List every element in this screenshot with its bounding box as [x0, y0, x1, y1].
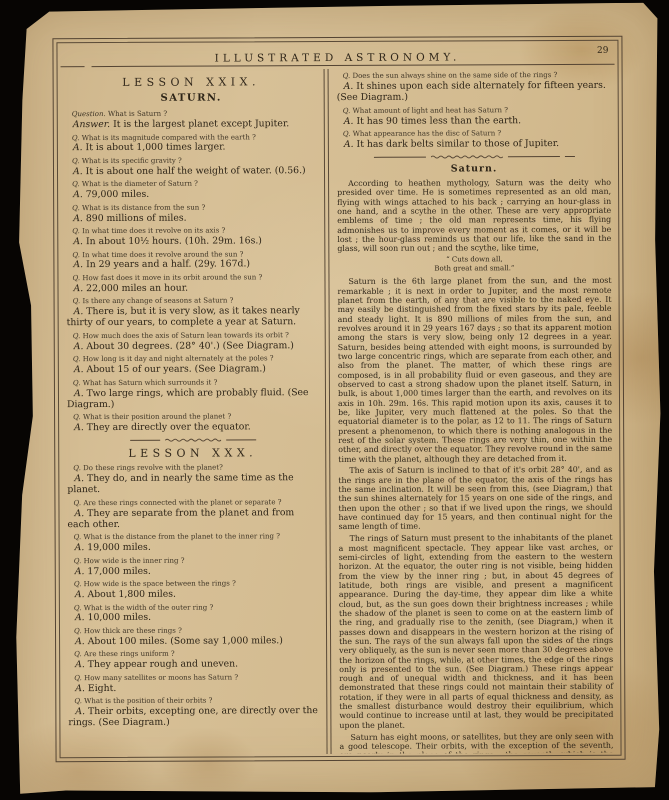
answer-text: They are separate from the planet and fr… [68, 507, 295, 530]
answer-label: A. [74, 364, 84, 375]
question-text: How many satellites or moons has Saturn … [84, 673, 238, 682]
question-text: What amount of light and heat has Saturn… [353, 106, 508, 115]
question-text: What is Saturn ? [108, 110, 167, 118]
qa-pair: Q. What amount of light and heat has Sat… [337, 106, 611, 127]
question-text: Does the sun always shine on the same si… [352, 71, 557, 80]
answer-text: It shines upon each side alternately for… [337, 80, 606, 103]
question-label: Q. [73, 379, 81, 387]
divider-line [507, 156, 559, 157]
question-text: Do these rings revolve with the planet? [83, 464, 223, 473]
essay-paragraph-2: Saturn is the 6th large planet from the … [337, 276, 612, 464]
question-label: Q. [72, 274, 80, 282]
lesson-29-subtitle: SATURN. [66, 92, 317, 104]
qa-pair: Q. What is the width of the outer ring ?… [68, 603, 319, 624]
answer-label: A. [73, 213, 83, 224]
question-label: Q. [73, 499, 81, 507]
answer-text: In about 10½ hours. (10h. 29m. 16s.) [86, 235, 262, 247]
qa-pair: Q. How long is it day and night alternat… [67, 354, 318, 375]
answer-label: A. [73, 236, 83, 247]
answer-line: Answer. It is the largest planet except … [66, 118, 317, 130]
answer-label: A. [75, 706, 85, 717]
qa-pair: Q. Are these rings uniform ? A. They app… [68, 650, 319, 671]
qa-pair: Q. What is the position of their orbits … [68, 696, 319, 728]
qa-pair: Q. Does the sun always shine on the same… [337, 71, 611, 103]
answer-line: A. About 30 degrees. (28° 40'.) (See Dia… [67, 340, 318, 352]
qa-pair: Q. How wide is the space between the rin… [68, 579, 319, 600]
answer-label: A. [74, 306, 84, 317]
page-number: 29 [597, 46, 608, 56]
answer-line: A. About 1,800 miles. [68, 588, 319, 600]
answer-line: A. It is about 1,000 times larger. [66, 141, 317, 153]
right-qa-list: Q. Does the sun always shine on the same… [337, 71, 611, 150]
divider-dash [564, 156, 574, 157]
answer-text: About 15 of our years. (See Diagram.) [86, 363, 265, 375]
question-label: Q. [72, 157, 80, 165]
answer-text: It is about one half the weight of water… [86, 165, 306, 177]
answer-text: Their orbits, excepting one, are directl… [68, 705, 318, 728]
header-rule [58, 64, 618, 68]
qa-pair: Q. How much does the axis of Saturn lean… [67, 331, 318, 352]
answer-line: A. It shines upon each side alternately … [337, 80, 611, 104]
question-label: Question. [72, 110, 106, 118]
question-label: Q. [73, 332, 81, 340]
question-text: How thick are these rings ? [84, 627, 182, 635]
answer-text: It has 90 times less than the earth. [356, 115, 521, 127]
question-label: Q. [74, 627, 82, 635]
question-label: Q. [73, 298, 81, 306]
question-text: In what time does it revolve on its axis… [82, 227, 225, 236]
qa-pair: Q. In what time does it revolve around t… [66, 250, 317, 271]
answer-line: A. They are directly over the equator. [67, 421, 318, 433]
qa-pair: Q. What is its specific gravity ? A. It … [66, 156, 317, 177]
question-label: Q. [74, 604, 82, 612]
answer-label: A. [75, 566, 85, 577]
answer-line: A. In 29 years and a half. (29y. 167d.) [66, 258, 317, 270]
answer-text: It is about 1,000 times larger. [86, 142, 226, 154]
two-column-layout: LESSON XXIX. SATURN. Question. What is S… [58, 68, 621, 755]
question-label: Q. [73, 356, 81, 364]
answer-line: A. About 15 of our years. (See Diagram.) [67, 363, 318, 375]
question-text: What appearance has the disc of Saturn ? [353, 129, 502, 138]
qa-pair: Q. Are these rings connected with the pl… [67, 498, 318, 530]
answer-text: 17,000 miles. [87, 565, 151, 576]
answer-text: It is the largest planet except Jupiter. [113, 118, 289, 130]
divider-line [373, 157, 425, 158]
page-border-inner: ILLUSTRATED ASTRONOMY. 29 LESSON XXIX. S… [56, 40, 621, 758]
lesson-29-qa-list: Question. What is Saturn ? Answer. It is… [66, 109, 318, 433]
divider-line [226, 440, 256, 441]
answer-label: A. [74, 422, 84, 433]
question-label: Q. [72, 251, 80, 259]
answer-text: 890 millions of miles. [86, 212, 187, 223]
answer-text: In 29 years and a half. (29y. 167d.) [86, 259, 250, 271]
question-label: Q. [343, 72, 351, 80]
question-text: How wide is the inner ring ? [84, 556, 185, 564]
question-label: Q. [74, 651, 82, 659]
qa-pair: Q. What appearance has the disc of Satur… [337, 129, 611, 150]
qa-pair: Q. What is their position around the pla… [67, 412, 318, 433]
question-text: How much does the axis of Saturn lean to… [83, 331, 289, 340]
answer-text: 19,000 miles. [87, 542, 151, 553]
essay-title: Saturn. [337, 163, 611, 175]
answer-text: Two large rings, which are probably flui… [67, 387, 309, 410]
qa-pair: Question. What is Saturn ? Answer. It is… [66, 109, 317, 130]
answer-line: A. 17,000 miles. [68, 565, 319, 577]
question-text: What has Saturn which surrounds it ? [83, 378, 218, 387]
verse-quote: “ Cuts down all, Both great and small.” [337, 255, 611, 274]
answer-label: Answer. [73, 119, 110, 130]
qa-pair: Q. In what time does it revolve on its a… [66, 226, 317, 247]
question-text: What is the diameter of Saturn ? [82, 180, 198, 189]
answer-label: A. [75, 683, 85, 694]
answer-line: A. They are separate from the planet and… [67, 507, 318, 530]
answer-label: A. [74, 508, 84, 519]
qa-pair: Q. How thick are these rings ? A. About … [68, 626, 319, 647]
section-divider [67, 437, 318, 443]
answer-text: 10,000 miles. [88, 612, 152, 623]
question-text: What is its specific gravity ? [82, 157, 182, 165]
question-text: Are these rings uniform ? [84, 650, 175, 658]
question-text: In what time does it revolve around the … [82, 250, 243, 259]
answer-text: They do, and in nearly the same time as … [67, 472, 293, 495]
book-page: ILLUSTRATED ASTRONOMY. 29 LESSON XXIX. S… [10, 3, 662, 796]
answer-line: A. It has 90 times less than the earth. [337, 114, 611, 126]
page-border: ILLUSTRATED ASTRONOMY. 29 LESSON XXIX. S… [52, 36, 625, 762]
answer-label: A. [344, 139, 354, 150]
answer-line: A. Their orbits, excepting one, are dire… [68, 705, 319, 728]
answer-text: 22,000 miles an hour. [86, 282, 188, 293]
answer-text: They are directly over the equator. [87, 421, 251, 433]
question-text: How fast does it move in its orbit aroun… [82, 273, 262, 282]
answer-line: A. 890 millions of miles. [66, 212, 317, 224]
question-label: Q. [73, 413, 81, 421]
question-label: Q. [74, 557, 82, 565]
answer-line: A. It has dark belts similar to those of… [337, 138, 611, 150]
qa-pair: Q. Is there any change of seasons at Sat… [67, 297, 318, 329]
essay-paragraph-4: The rings of Saturn must present to the … [339, 533, 614, 730]
question-text: What is the position of their orbits ? [84, 697, 212, 706]
answer-text: There is, but it is very slow, as it tak… [67, 305, 300, 328]
answer-label: A. [73, 142, 83, 153]
question-text: What is their position around the planet… [83, 413, 231, 422]
answer-label: A. [75, 612, 85, 623]
essay-paragraph-3: The axis of Saturn is inclined to that o… [338, 465, 612, 531]
answer-line: A. Eight. [68, 682, 319, 694]
answer-label: A. [75, 542, 85, 553]
answer-label: A. [73, 259, 83, 270]
answer-label: A. [75, 589, 85, 600]
qa-pair: Q. What is the diameter of Saturn ? A. 7… [66, 179, 317, 200]
question-text: What is its distance from the sun ? [82, 203, 205, 212]
answer-line: A. About 100 miles. (Some say 1,000 mile… [68, 635, 319, 647]
answer-label: A. [74, 473, 84, 484]
answer-line: A. 79,000 miles. [66, 188, 317, 200]
header-rule-line [92, 64, 615, 67]
answer-label: A. [344, 115, 354, 126]
question-text: How wide is the space between the rings … [84, 580, 236, 589]
question-label: Q. [74, 674, 82, 682]
verse-quote-line-2: Both great and small.” [337, 264, 611, 274]
question-text: How long is it day and night alternately… [83, 355, 274, 364]
qa-pair: Q. How fast does it move in its orbit ar… [66, 273, 317, 294]
question-text: Are these rings connected with the plane… [83, 498, 281, 507]
answer-line: A. In about 10½ hours. (10h. 29m. 16s.) [66, 235, 317, 247]
answer-text: Eight. [88, 683, 116, 694]
answer-line: A. There is, but it is very slow, as it … [67, 305, 318, 328]
answer-line: A. 19,000 miles. [68, 541, 319, 553]
lesson-29-title: LESSON XXIX. [66, 75, 317, 89]
answer-label: A. [74, 388, 84, 399]
answer-line: A. Two large rings, which are probably f… [67, 387, 318, 410]
answer-label: A. [75, 636, 85, 647]
squiggle-ornament-icon [165, 438, 221, 443]
answer-line: A. 22,000 miles an hour. [66, 282, 317, 294]
answer-text: It has dark belts similar to those of Ju… [357, 138, 560, 150]
lesson-30-title: LESSON XXX. [67, 446, 318, 460]
answer-label: A. [74, 341, 84, 352]
answer-label: A. [75, 659, 85, 670]
answer-line: A. They do, and in nearly the same time … [67, 472, 318, 495]
answer-label: A. [73, 166, 83, 177]
question-label: Q. [74, 697, 82, 705]
running-head-title: ILLUSTRATED ASTRONOMY. [215, 51, 461, 64]
answer-line: A. 10,000 miles. [68, 611, 319, 623]
left-column: LESSON XXIX. SATURN. Question. What is S… [58, 69, 327, 755]
question-label: Q. [72, 181, 80, 189]
qa-pair: Q. What is the distance from the planet … [68, 532, 319, 553]
answer-text: They appear rough and uneven. [88, 659, 238, 671]
essay-paragraph-1: According to heathen mythology, Saturn w… [337, 178, 611, 254]
question-label: Q. [74, 534, 82, 542]
right-column: Q. Does the sun always shine on the same… [329, 68, 621, 754]
divider-line [130, 440, 160, 441]
answer-label: A. [344, 81, 354, 92]
question-text: Is there any change of seasons at Saturn… [82, 297, 233, 306]
answer-text: About 1,800 miles. [87, 589, 176, 600]
qa-pair: Q. How many satellites or moons has Satu… [68, 673, 319, 694]
header-rule-dash [61, 66, 85, 67]
question-label: Q. [73, 464, 81, 472]
qa-pair: Q. Do these rings revolve with the plane… [67, 463, 318, 495]
essay-paragraph-5: Saturn has eight moons, or satellites, b… [339, 731, 613, 754]
question-text: What is the distance from the planet to … [83, 533, 280, 542]
question-text: What is its magnitude compared with the … [82, 133, 256, 142]
question-label: Q. [72, 204, 80, 212]
qa-pair: Q. How wide is the inner ring ? A. 17,00… [68, 556, 319, 577]
question-label: Q. [72, 227, 80, 235]
question-text: What is the width of the outer ring ? [84, 603, 213, 612]
answer-line: A. It is about one half the weight of wa… [66, 165, 317, 177]
question-label: Q. [74, 580, 82, 588]
question-label: Q. [343, 130, 351, 138]
running-head: ILLUSTRATED ASTRONOMY. 29 [57, 45, 617, 64]
qa-pair: Q. What is its magnitude compared with t… [66, 133, 317, 154]
lesson-30-qa-list: Q. Do these rings revolve with the plane… [67, 463, 319, 728]
squiggle-ornament-icon [430, 154, 502, 159]
question-label: Q. [72, 134, 80, 142]
answer-text: About 100 miles. (Some say 1,000 miles.) [88, 635, 283, 647]
answer-text: 79,000 miles. [86, 189, 150, 200]
answer-line: A. They appear rough and uneven. [68, 658, 319, 670]
answer-label: A. [73, 283, 83, 294]
answer-text: About 30 degrees. (28° 40'.) (See Diagra… [86, 340, 294, 352]
qa-pair: Q. What has Saturn which surrounds it ? … [67, 378, 318, 410]
section-divider [337, 154, 611, 160]
answer-label: A. [73, 189, 83, 200]
question-label: Q. [343, 107, 351, 115]
qa-pair: Q. What is its distance from the sun ? A… [66, 203, 317, 224]
